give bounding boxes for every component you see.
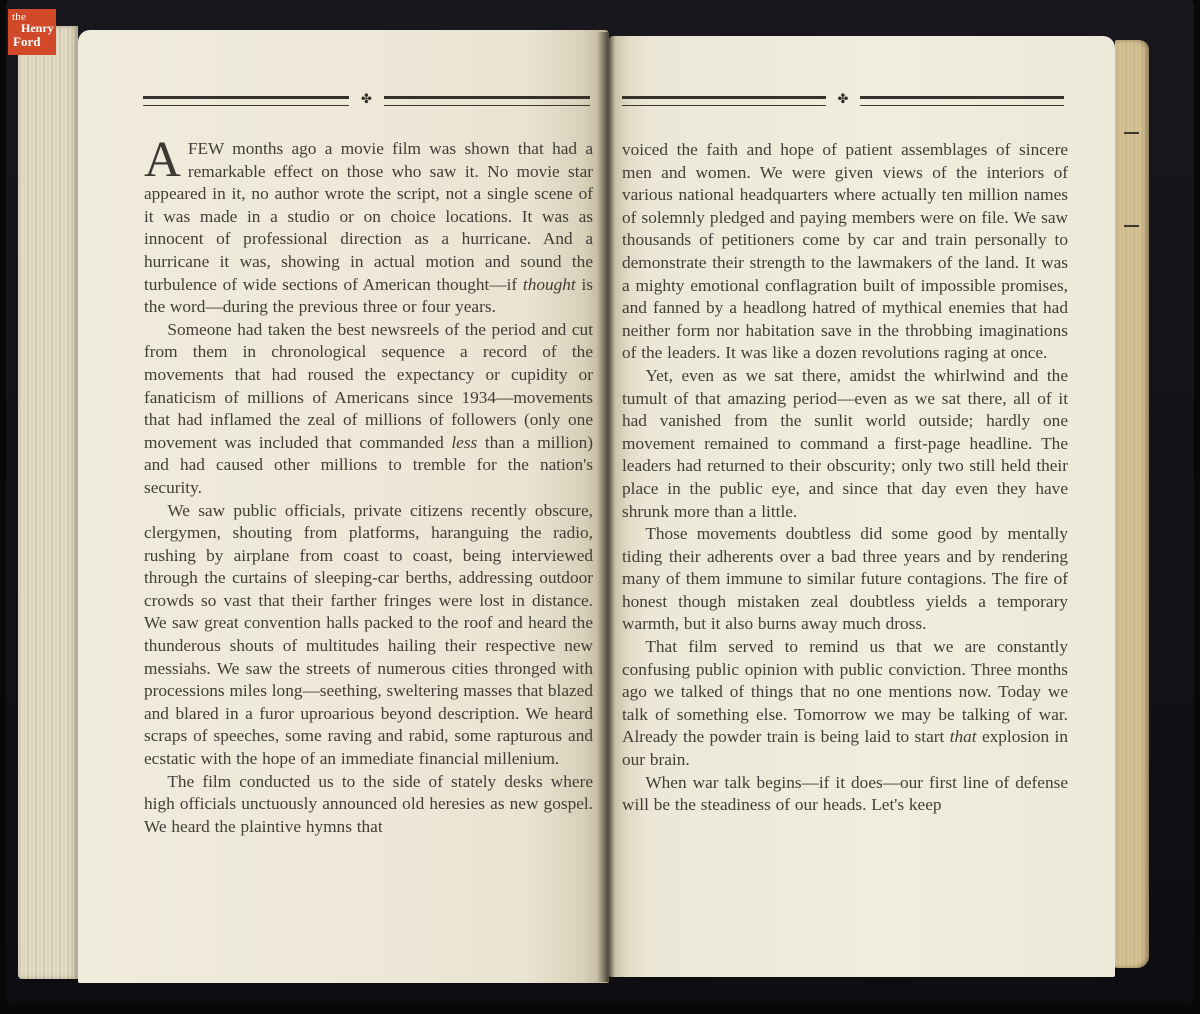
paragraph: Yet, even as we sat there, amidst the wh…	[622, 365, 1068, 523]
paragraph: The film conducted us to the side of sta…	[144, 771, 593, 839]
left-page-text: AFEW months ago a movie film was shown t…	[144, 138, 593, 838]
book-gutter	[597, 32, 615, 982]
logo-ford: Ford	[13, 35, 54, 48]
paragraph: voiced the faith and hope of patient ass…	[622, 139, 1068, 365]
fleuron-icon: ✤	[349, 93, 384, 106]
fore-edge-mark	[1124, 132, 1139, 134]
right-fore-edge	[1115, 40, 1149, 968]
paragraph: We saw public officials, private citizen…	[144, 500, 593, 771]
logo-henry: Henry	[21, 22, 54, 34]
rule-line	[860, 96, 1064, 106]
fore-edge-mark	[1124, 225, 1139, 227]
right-header-rule: ✤	[622, 94, 1064, 107]
paragraph: Those movements doubtless did some good …	[622, 523, 1068, 636]
henry-ford-logo: the Henry Ford	[8, 9, 56, 55]
paragraph: AFEW months ago a movie film was shown t…	[144, 138, 593, 319]
fleuron-icon: ✤	[826, 93, 861, 106]
left-header-rule: ✤	[143, 94, 590, 107]
rule-line	[384, 96, 590, 106]
paragraph: That film served to remind us that we ar…	[622, 636, 1068, 772]
paragraph: Someone had taken the best newsreels of …	[144, 319, 593, 500]
right-page-text: voiced the faith and hope of patient ass…	[622, 139, 1068, 817]
rule-line	[143, 96, 349, 106]
drop-cap: A	[144, 138, 188, 180]
paragraph: When war talk begins—if it does—our firs…	[622, 772, 1068, 817]
rule-line	[622, 96, 826, 106]
left-page-edge-stack	[18, 26, 78, 979]
